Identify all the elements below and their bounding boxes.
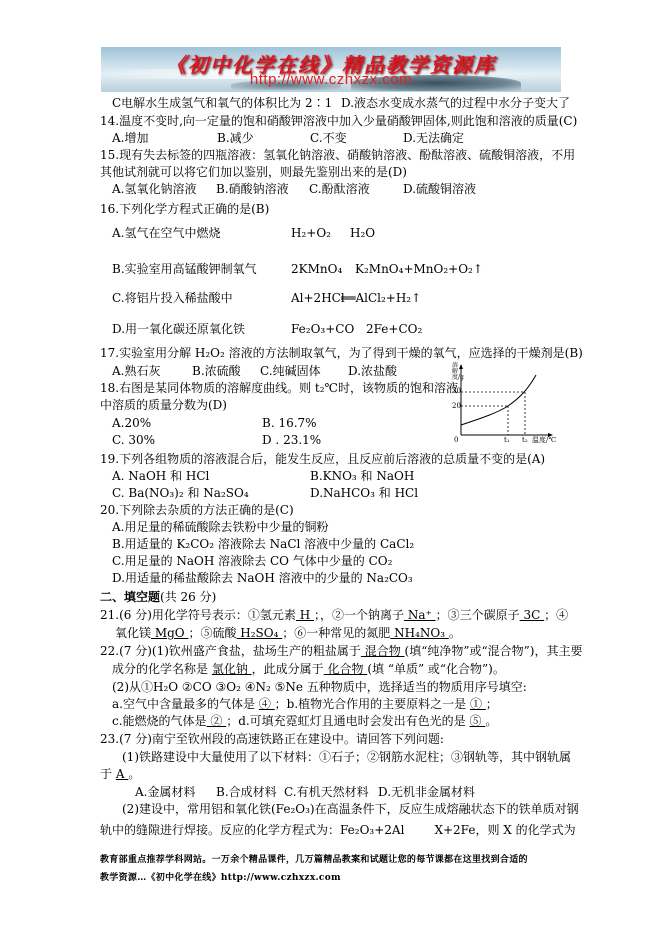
q16-option-d-label: D.用一氧化碳还原氧化铁 — [112, 322, 245, 336]
q22-line3: (2)从①H₂O ②CO ③O₂ ④N₂ ⑤Ne 五种物质中，选择适当的物质用序… — [112, 680, 527, 694]
footer-line1: 教育部重点推荐学科网站。一万余个精品课件，几万篇精品教案和试题让您的每节课都在这… — [100, 852, 528, 865]
q22-text: ，此成分属于 — [252, 662, 324, 676]
q14-option-b: B.减少 — [217, 131, 254, 145]
q15-option-c: C.酚酞溶液 — [309, 182, 370, 196]
banner-url[interactable]: http://www.czhxzx.com — [101, 71, 561, 88]
q15-option-a: A.氢氧化钠溶液 — [112, 182, 196, 196]
q21-text: ；⑥一种常见的氮肥 — [282, 626, 390, 640]
q16-option-a-label: A.氢气在空气中燃烧 — [112, 226, 220, 240]
q17-option-d: D.浓盐酸 — [348, 364, 397, 378]
q22-text: a.空气中含量最多的气体是 — [112, 697, 255, 711]
q14-option-d: D.无法确定 — [403, 131, 464, 145]
q19-stem: 19.下列各组物质的溶液混合后，能发生反应，且反应前后溶液的总质量不变的是(A) — [100, 452, 545, 466]
q22-text: c.能燃烧的气体是 — [112, 714, 207, 728]
q16-option-d-eq-right: 2Fe+CO₂ — [366, 322, 422, 336]
q16-option-b-label: B.实验室用高锰酸钾制氧气 — [112, 262, 257, 276]
q23-text: 轨中的缝隙进行焊接。反应的化学方程式为：Fe₂O₃+2Al — [100, 823, 404, 837]
q19-option-a: A. NaOH 和 HCl — [112, 469, 209, 483]
q21-text: ；，②一个钠离子 — [314, 608, 404, 622]
q16-option-b-eq-left: 2KMnO₄ — [291, 262, 342, 276]
q21-text: ；③三个碳原子 — [436, 608, 520, 622]
q19-option-d: D.NaHCO₃ 和 HCl — [310, 486, 418, 500]
chart-y-label: 溶解度/g — [452, 363, 460, 381]
q16-option-d-eq-left: Fe₂O₃+CO — [291, 322, 354, 336]
q21-text: 。 — [449, 626, 461, 640]
q16-option-c-label: C.将铝片投入稀盐酸中 — [112, 291, 233, 305]
q22-answer-d: ⑤ — [470, 714, 486, 728]
q21-line1: 21.(6 分)用化学符号表示：①氢元素 H ；，②一个钠离子 Na⁺ ；③三个… — [100, 608, 568, 622]
document-page: 《初中化学在线》精品教学资源库 http://www.czhxzx.com C电… — [0, 0, 661, 935]
chart-x-tick-t2: t₂ — [522, 436, 528, 444]
q18-option-d: D . 23.1% — [262, 433, 321, 447]
q23-part2-line2: 轨中的缝隙进行焊接。反应的化学方程式为：Fe₂O₃+2AlX+2Fe，则 X 的… — [100, 823, 576, 837]
q19-option-c: C. Ba(NO₃)₂ 和 Na₂SO₄ — [112, 486, 249, 500]
q22-line5: c.能燃烧的气体是 ② ；d.可填充霓虹灯且通电时会发出有色光的是 ⑤ 。 — [112, 714, 497, 728]
q21-answer-3: 3C — [520, 608, 544, 622]
q23-part1-answer-line: 于 A 。 — [100, 767, 140, 781]
q22-answer-c: ② — [207, 714, 227, 728]
q21-line2: 氧化镁 MgO ；⑤硫酸 H₂SO₄ ；⑥一种常见的氮肥 NH₄NO₃ 。 — [115, 626, 461, 640]
q23-stem: 23.(7 分)南宁至钦州段的高速铁路正在建设中。请回答下列问题: — [100, 732, 444, 746]
q22-text: 成分的化学名称是 — [112, 662, 208, 676]
q16-option-b-eq-right: K₂MnO₄+MnO₂+O₂↑ — [355, 262, 483, 276]
q17-option-b: B.浓硫酸 — [192, 364, 241, 378]
q23-text: 于 — [100, 767, 112, 781]
q21-answer-5: H₂SO₄ — [236, 626, 282, 640]
q20-option-d: D.用适量的稀盐酸除去 NaOH 溶液中的少量的 Na₂CO₃ — [112, 571, 413, 585]
q22-text: (填 “单质” 或“化合物”)。 — [367, 662, 505, 676]
q16-option-a-eq-right: H₂O — [350, 226, 375, 240]
q20-option-b: B.用适量的 K₂CO₂ 溶液除去 NaCl 溶液中少量的 CaCl₂ — [112, 537, 414, 551]
q18-option-a: A.20% — [112, 416, 151, 430]
q15-option-d: D.硫酸铜溶液 — [403, 182, 476, 196]
section-2-points: (共 26 分) — [160, 590, 216, 604]
q22-answer-3: 化合物 — [324, 662, 368, 676]
q21-text: 21.(6 分)用化学符号表示：①氢元素 — [100, 608, 296, 622]
q22-text: 22.(7 分)(1)钦州盛产食盐，盐场生产的粗盐属于 — [100, 644, 361, 658]
q15-stem-line2: 其他试剂就可以将它们加以鉴别，则最先鉴别出来的是(D) — [100, 165, 407, 179]
q15-stem-line1: 15.现有失去标签的四瓶溶液：氢氧化钠溶液、硝酸钠溶液、酚酞溶液、硫酸铜溶液，不… — [100, 148, 575, 162]
q17-option-a: A.熟石灰 — [112, 364, 160, 378]
q17-option-c: C.纯碱固体 — [260, 364, 321, 378]
q21-text: 氧化镁 — [115, 626, 151, 640]
q22-text: ；d.可填充霓虹灯且通电时会发出有色光的是 — [226, 714, 466, 728]
q22-line4: a.空气中含量最多的气体是 ④ ；b.植物光合作用的主要原料之一是 ① ； — [112, 697, 498, 711]
q23-part2-line1: (2)建设中，常用铝和氧化铁(Fe₂O₃)在高温条件下，反应生成熔融状态下的铁单… — [122, 802, 579, 816]
q22-text: ；b.植物光合作用的主要原料之一是 — [275, 697, 467, 711]
q20-option-c: C.用足量的 NaOH 溶液除去 CO 气体中少量的 CO₂ — [112, 554, 392, 568]
q23-option-b: B.合成材料 — [216, 785, 277, 799]
q20-stem: 20.下列除去杂质的方法正确的是(C) — [100, 503, 294, 517]
chart-y-tick-30: 30 — [452, 387, 461, 395]
chart-origin: 0 — [454, 436, 458, 444]
q22-text: 。 — [485, 714, 497, 728]
section-2-heading: 二、填空题(共 26 分) — [100, 590, 216, 604]
q21-text: ；⑤硫酸 — [188, 626, 236, 640]
footer-line2[interactable]: 教学资源…《初中化学在线》http://www.czhxzx.com — [100, 870, 341, 883]
q22-answer-2: 氯化钠 — [212, 662, 252, 676]
q23-option-a: A.金属材料 — [135, 785, 195, 799]
q16-option-a-eq-left: H₂+O₂ — [291, 226, 331, 240]
q15-option-b: B.硝酸钠溶液 — [216, 182, 289, 196]
q18-option-c: C. 30% — [112, 433, 155, 447]
chart-x-label: 温度/℃ — [532, 436, 556, 444]
section-2-title: 二、填空题 — [100, 590, 160, 604]
q22-answer-b: ① — [470, 697, 486, 711]
q21-answer-4: MgO — [151, 626, 188, 640]
chart-x-tick-t1: t₁ — [504, 436, 510, 444]
site-banner: 《初中化学在线》精品教学资源库 http://www.czhxzx.com — [101, 47, 561, 92]
q23-answer-1: A — [116, 767, 128, 781]
q22-line1: 22.(7 分)(1)钦州盛产食盐，盐场生产的粗盐属于 混合物 (填“纯净物”或… — [100, 644, 582, 658]
solubility-curve-figure: 溶解度/g 30 20 0 t₁ t₂ 温度/℃ — [452, 363, 566, 445]
q22-answer-1: 混合物 — [361, 644, 405, 658]
q13-option-c: C电解水生成氢气和氧气的体积比为 2∶1 — [112, 96, 332, 110]
q21-answer-6: NH₄NO₃ — [390, 626, 449, 640]
q17-stem: 17.实验室用分解 H₂O₂ 溶液的方法制取氧气，为了得到干燥的氧气，应选择的干… — [100, 346, 583, 360]
chart-y-tick-20: 20 — [452, 402, 461, 410]
q14-option-a: A.增加 — [112, 131, 148, 145]
q23-text: 。 — [128, 767, 140, 781]
q22-text: ； — [486, 697, 498, 711]
q20-option-a: A.用足量的稀硫酸除去铁粉中少量的铜粉 — [112, 520, 328, 534]
q23-option-c: C.有机天然材料 — [284, 785, 369, 799]
q23-option-d: D.无机非金属材料 — [378, 785, 475, 799]
q18-option-b: B. 16.7% — [262, 416, 317, 430]
q18-stem-line2: 中溶质的质量分数为(D) — [100, 398, 227, 412]
q22-answer-a: ④ — [259, 697, 275, 711]
q16-option-c-eq-left: Al+2HCl — [291, 291, 345, 305]
q21-answer-1: H — [296, 608, 314, 622]
q14-stem: 14.温度不变时,向一定量的饱和硝酸钾溶液中加入少量硝酸钾固体,则此饱和溶液的质… — [100, 114, 577, 128]
q16-stem: 16.下列化学方程式正确的是(B) — [100, 202, 269, 216]
q22-text: (填“纯净物”或“混合物”)，其主要 — [405, 644, 583, 658]
q13-option-d: D.液态水变成水蒸气的过程中水分子变大了 — [341, 96, 570, 110]
q23-part1: (1)铁路建设中大量使用了以下材料：①石子；②钢筋水泥柱；③钢轨等，其中钢轨属 — [122, 750, 571, 764]
q16-option-c-eq-right: ══AlCl₂+H₂↑ — [341, 291, 421, 305]
q19-option-b: B.KNO₃ 和 NaOH — [310, 469, 414, 483]
q18-stem-line1: 18.右图是某同体物质的溶解度曲线。则 t₂℃时，该物质的饱和溶液 — [100, 381, 458, 395]
q21-answer-2: Na⁺ — [404, 608, 436, 622]
q23-text: X+2Fe，则 X 的化学式为 — [434, 823, 575, 837]
q22-line2: 成分的化学名称是 氯化钠 ，此成分属于 化合物 (填 “单质” 或“化合物”)。 — [112, 662, 505, 676]
q21-text: ；④ — [544, 608, 568, 622]
q14-option-c: C.不变 — [310, 131, 347, 145]
